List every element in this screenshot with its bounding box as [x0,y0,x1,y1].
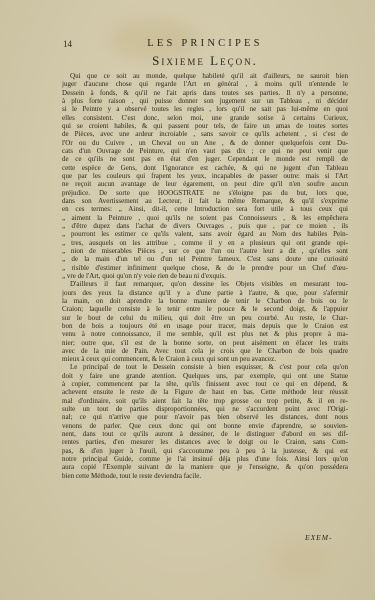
text-line: mieux à ceux qui commencent, & le Craion… [62,355,348,363]
catchword: EXEM- [305,533,333,542]
text-line: „ aiment la Peinture , quoi qu'ils ne so… [62,214,348,222]
text-line: elles consistent. C'est donc, selon moi,… [62,114,348,122]
text-line: „ tres, ausquels on les attribue , comme… [62,239,348,247]
book-page: 14 LES PRINCIPES Sixieme Leçon. Qui que … [0,0,375,600]
text-line: sur le bout de celui du milieu, qui doit… [62,314,348,322]
text-line: rentes parties, d'en mesurer les distanc… [62,438,348,446]
text-line: nier; outre que, s'il est de la bonne so… [62,339,348,347]
paper-stain [270,540,330,580]
text-line: „ risible d'estimer infiniment quelque c… [62,264,348,272]
text-line: bon de bois a toujours été en usage pour… [62,322,348,330]
page-header: 14 LES PRINCIPES [60,38,350,52]
text-line: achevent ensuite le reste de la Figure d… [62,388,348,396]
text-line: nent, dans tout ce qu'ils auront à dessi… [62,430,348,438]
text-line: avec de la mie de Pain. Avec tout cela j… [62,347,348,355]
text-line: qui se croient habiles, & qui passent po… [62,122,348,130]
text-line: venons de parler. Que ceux donc qui ont … [62,422,348,430]
text-line: „ nion de miserables Pièces , sur ce que… [62,247,348,255]
text-line: Qui que ce soit au monde, quelque habile… [62,72,348,80]
text-line: Dessein à fonds, & qu'il ne l'ait apris … [62,89,348,97]
text-line: à plus forte raison , qui puisse donner … [62,97,348,105]
text-line: en ces termes: „ Ainsi, dit-il, cette In… [62,205,348,213]
text-line: pas, & d'en juger à l'œuil, qui s'accout… [62,447,348,455]
text-line: „ vre de l'Art, quoi qu'on n'y voie rien… [62,272,348,280]
section-title: Sixieme Leçon. [60,53,350,69]
text-line: Craion; laquelle consiste à le tenir ent… [62,305,348,313]
text-line: cats d'un Ouvrage de Peinture, qui n'en … [62,147,348,155]
text-line: doit y faire une grande atention. Quelqu… [62,372,348,380]
text-line: „ de la main d'un tel ou d'un tel Peintr… [62,255,348,263]
text-line: dans son Avertissement au Lecteur, il fa… [62,197,348,205]
text-line: venu à notre connoissance, il me semble,… [62,330,348,338]
text-line: de Pièces, avec une ardeur incroiable , … [62,130,348,138]
text-line: D'ailleurs il faut remarquer, qu'on dess… [62,280,348,288]
text-line: l'Or ou du Cuivre , un Cheval ou un Ane … [62,139,348,147]
text-line: la main, on doit aprendre la bonne manie… [62,297,348,305]
body-text: Qui que ce soit au monde, quelque habile… [62,72,348,480]
text-line: Le principal de tout le Dessein consiste… [62,363,348,371]
text-line: mal d'ordinaire, soit qu'ils aient fait … [62,397,348,405]
text-line: jours des yeux la distance qu'il y a d'u… [62,289,348,297]
text-line: aura copié l'Exemple suivant de la manie… [62,463,348,471]
text-line: cette espèce de Gens, dont l'ignorance e… [62,164,348,172]
text-line: sulte un tout de parties disproportionné… [62,405,348,413]
text-line: „ pourront les estimer ce qu'ils valent,… [62,230,348,238]
text-line: „ d'être dupez dans l'achat de divers Ou… [62,222,348,230]
text-line: préjudice. De sorte que HOOGSTRATE ne s'… [62,189,348,197]
text-line: si le Peintre y a observé toutes les reg… [62,105,348,113]
running-title: LES PRINCIPES [60,38,350,49]
text-line: notre principal Guide, comme je l'ai ins… [62,455,348,463]
text-line: ne reçoit aucun avantage de leur égareme… [62,180,348,188]
text-line: juger d'aucune chose qui regarde l'Art e… [62,80,348,88]
text-line: à copier, commencent par la tête, qu'ils… [62,380,348,388]
text-line: que par les couleurs qui frapent les yeu… [62,172,348,180]
text-line: de ce qu'ils ne sont pas en état d'en ju… [62,155,348,163]
text-line: nal; ce qui n'arrive que pour n'avoir pa… [62,413,348,421]
text-line: bien cette Méthode, tout le reste devien… [62,472,348,480]
